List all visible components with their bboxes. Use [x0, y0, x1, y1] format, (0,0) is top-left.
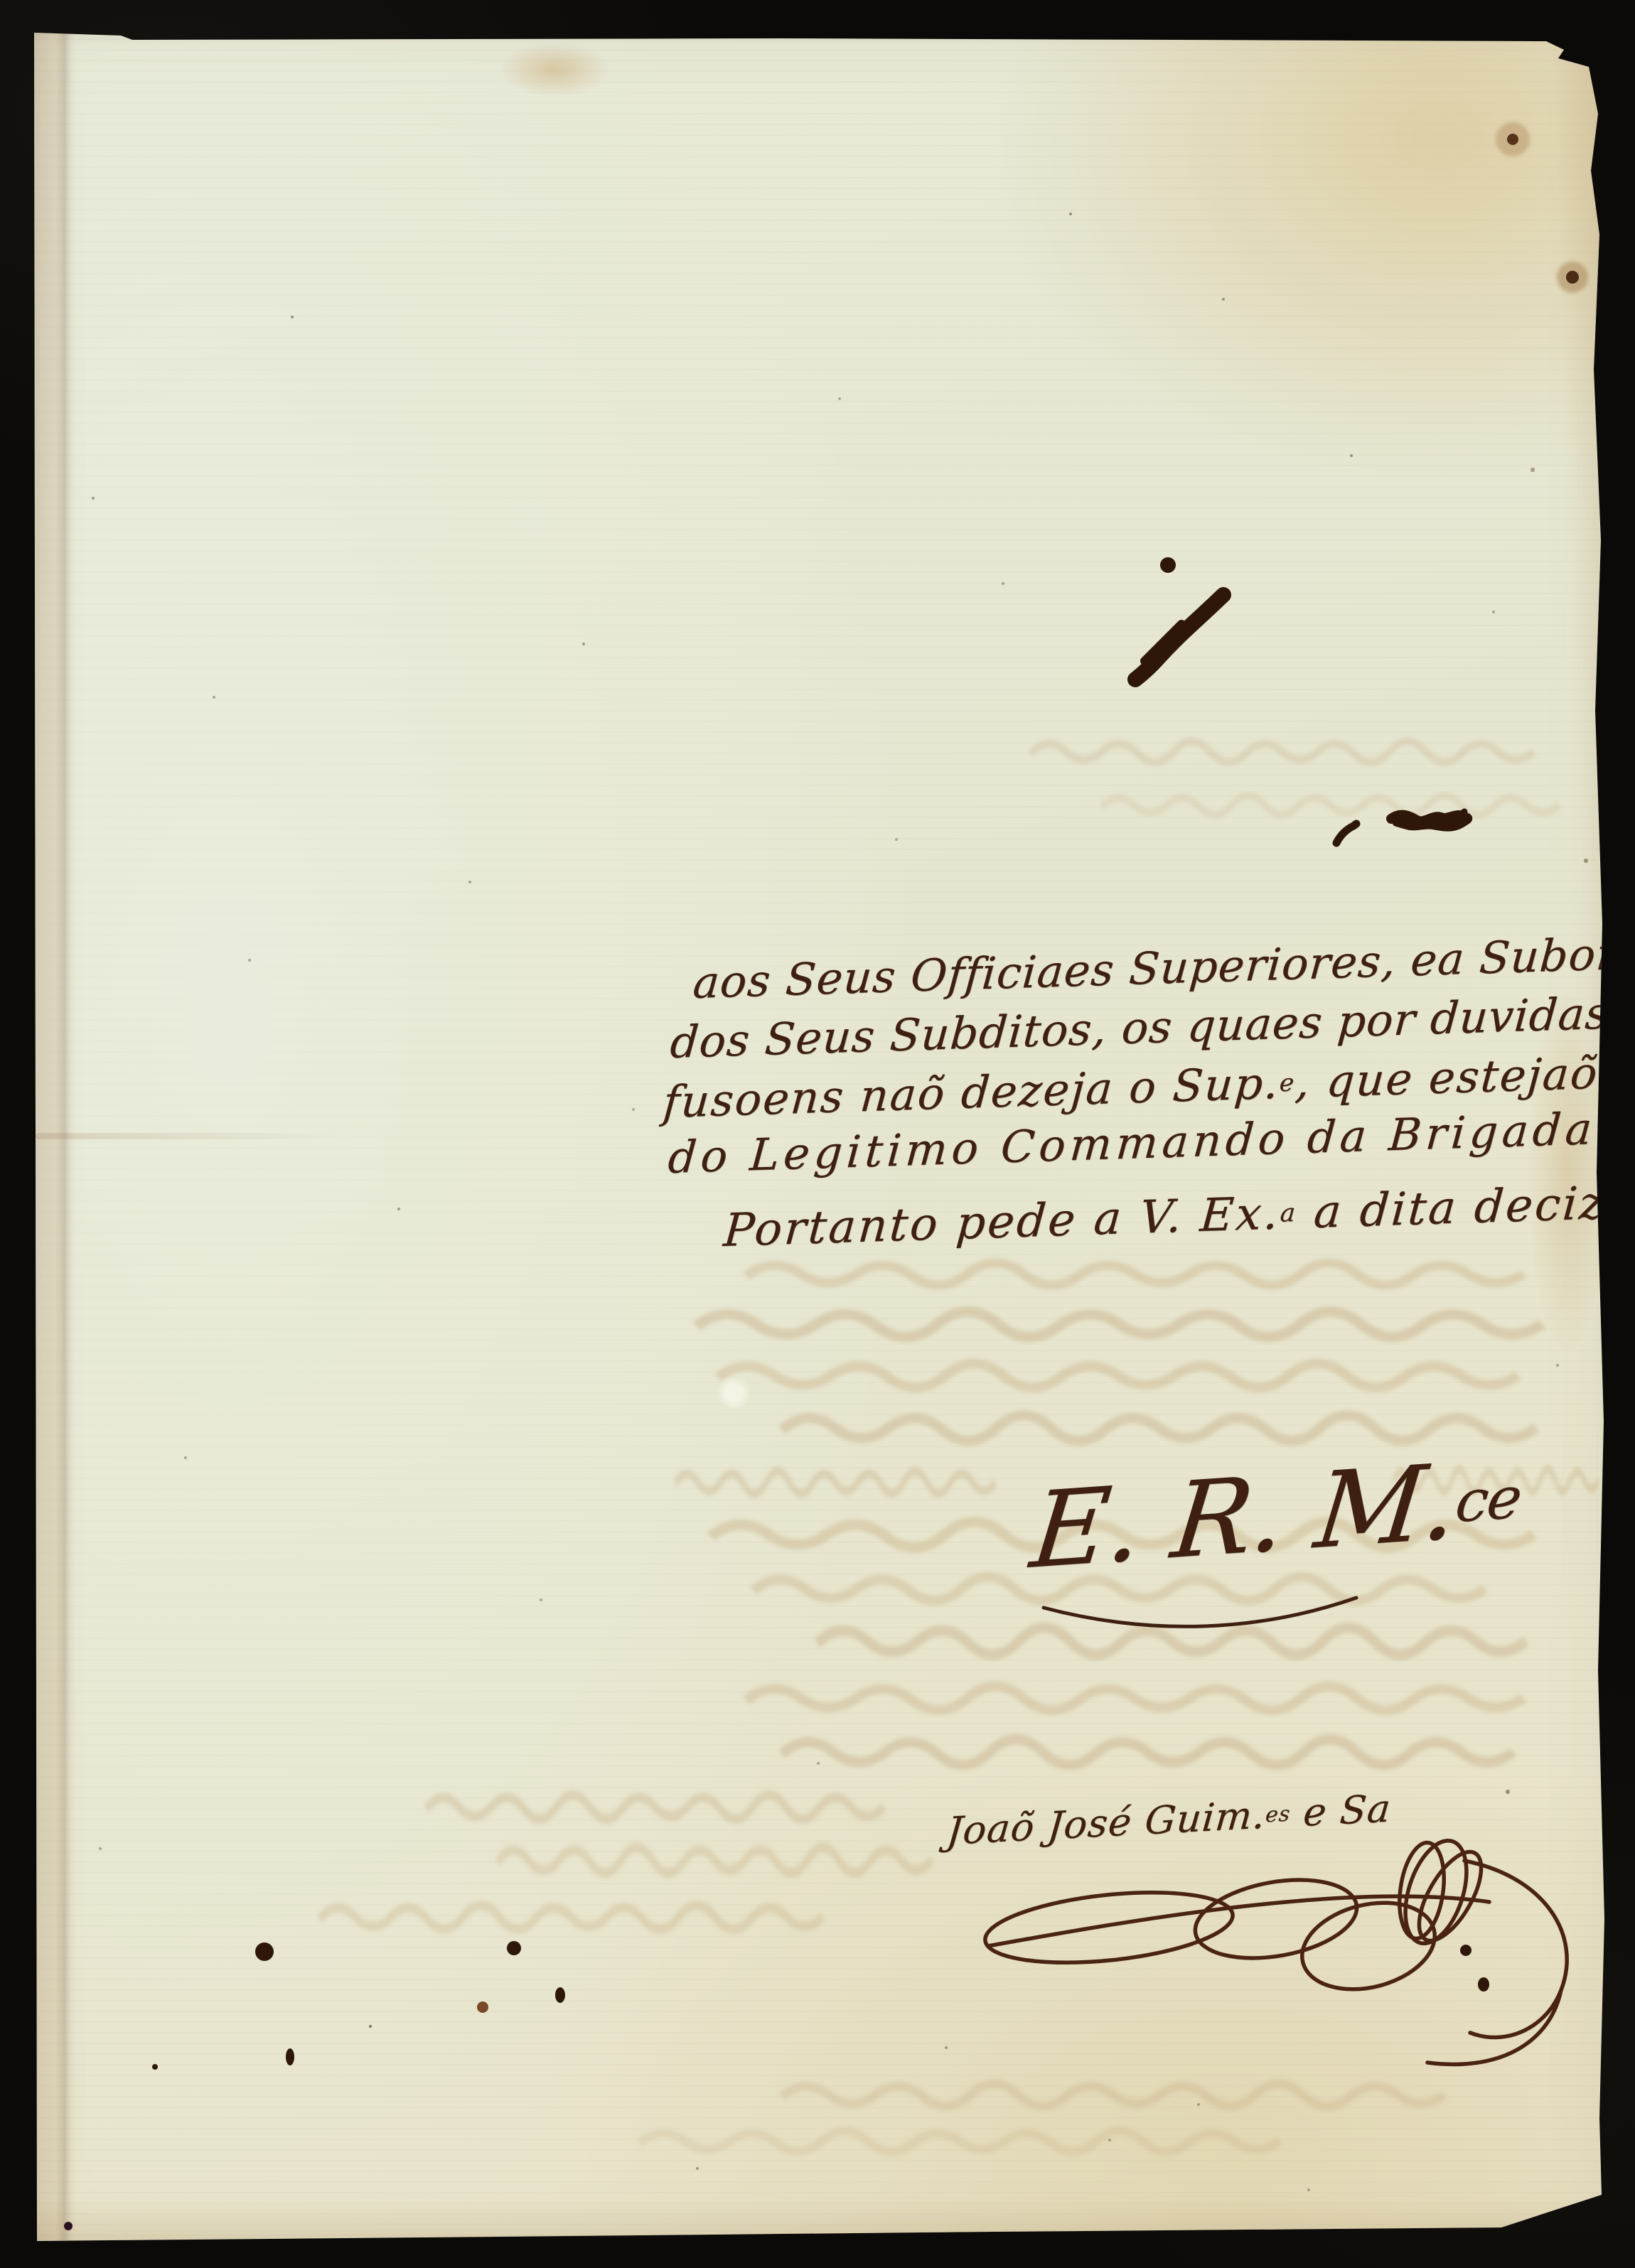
valediction-superscript: ce — [1452, 1464, 1524, 1536]
top-edge-stain — [498, 41, 611, 98]
petition-line: Portanto pede a V. Ex.a a dita decizaõ — [722, 1179, 1635, 1254]
ink-blot-diagonal-stroke — [1135, 557, 1223, 679]
petition-superscript: a — [1279, 1198, 1298, 1228]
pale-spot — [717, 1377, 751, 1409]
line-3-text-cont: , que estejaõ duvidozos — [1294, 1039, 1635, 1108]
ink-droplets-bottom-left — [64, 1941, 565, 2230]
petition-text-cont: a dita decizaõ — [1295, 1176, 1635, 1240]
signature-text-cont: e Sa — [1289, 1786, 1393, 1836]
ink-droplets-bottom-right — [1460, 1945, 1489, 1992]
line-3-superscript: e — [1278, 1069, 1296, 1098]
signature-superscript: es — [1265, 1802, 1292, 1828]
signature-text: Joaõ José Guim. — [945, 1793, 1267, 1854]
foxing-spots — [1496, 122, 1588, 293]
manuscript-scan: aos Seus Officiaes Superiores, ea Subord… — [0, 0, 1635, 2268]
paper-specks — [0, 0, 1, 1]
petition-text: Portanto pede a V. Ex. — [722, 1187, 1282, 1257]
valediction-initials: E. R. M.ce — [1026, 1445, 1526, 1584]
ink-blot-smudges-right — [1336, 812, 1467, 843]
valediction-swash — [1044, 1598, 1356, 1626]
signature-flourish — [982, 1833, 1567, 2065]
valediction-text: E. R. M. — [1026, 1441, 1462, 1592]
horizontal-crease — [36, 1133, 341, 1139]
paper-sheet: aos Seus Officiaes Superiores, ea Subord… — [0, 0, 1635, 2268]
signature-name: Joaõ José Guim.es e Sa — [945, 1790, 1393, 1851]
